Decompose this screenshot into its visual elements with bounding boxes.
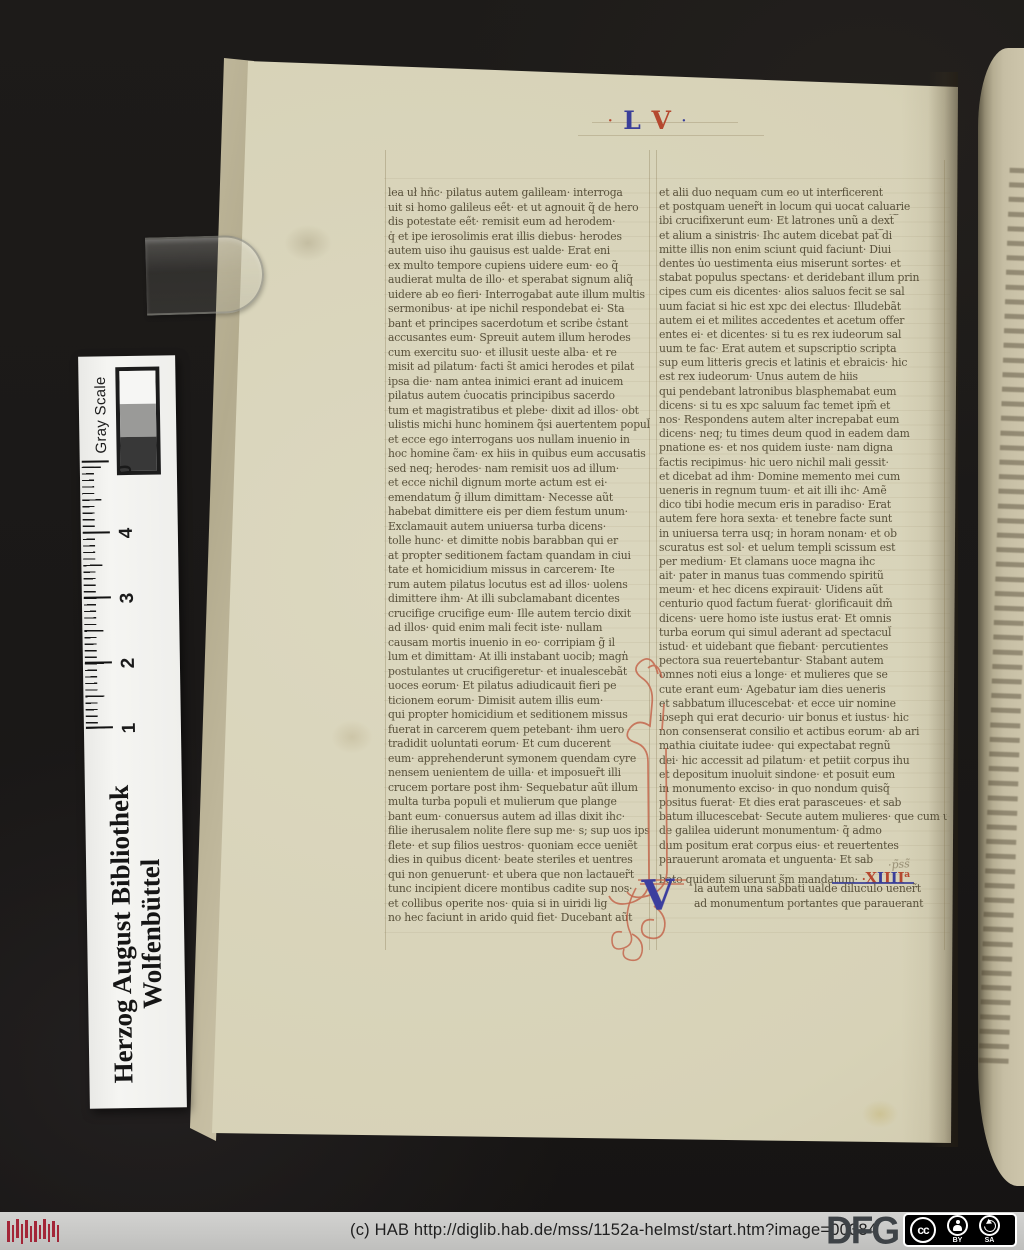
manuscript-text-line: rum autem pilatus locutus est ad illos· … <box>388 578 650 593</box>
manuscript-text-line: crucifige crucifige eum· Ille autem terc… <box>388 607 650 622</box>
manuscript-text-line: dico tibi hodie mecum eris in paradiso· … <box>659 498 947 512</box>
manuscript-text-line: dentes u̍o uestimenta eius miserunt sort… <box>659 257 947 271</box>
margin-note: ·p̃ss̃ <box>888 857 911 871</box>
manuscript-text-line: tum et magistratibus et plebe· dixit ad … <box>388 404 650 419</box>
manuscript-text-line: uum faciat si hic est xpc dei electus· I… <box>659 300 947 314</box>
manuscript-text-line: ueneris in regnum tuum· et ait illi ihc·… <box>659 484 947 498</box>
cc-sa-unit: SA <box>979 1215 1000 1245</box>
manuscript-text-line: per medium· Et clamans uoce magna ihc <box>659 555 947 569</box>
ruler-major-tick <box>85 661 112 663</box>
manuscript-text-line: centurio quod factum fuerat· glorificaui… <box>659 597 947 611</box>
manuscript-text-line: tolle hunc· et dimitte nobis barabban qu… <box>388 534 650 549</box>
manuscript-text-line: habebat dimittere eis per diem festum un… <box>388 505 650 520</box>
ruler-number: 4 <box>117 523 137 543</box>
manuscript-text-line: mitte illis non enim sciunt quid faciunt… <box>659 243 947 257</box>
manuscript-text-line: ait· pater in manus tuas commendo spirit… <box>659 569 947 583</box>
manuscript-text-line: autem uiso ihu gauisus est ualde· Erat e… <box>388 244 650 259</box>
library-name-line1: Herzog August Bibliothek <box>103 750 139 1118</box>
cc-by-person-icon <box>947 1215 968 1236</box>
section-superscript: a <box>904 870 910 880</box>
manuscript-text-line: bant et principes sacerdotum et scribe c… <box>388 317 650 332</box>
folio-letter-l: L <box>623 106 642 135</box>
manuscript-text-line: factis recipimus· hic uero nichil mali g… <box>659 456 947 470</box>
manuscript-text-line: et postquam uener̃t in locum qui uocat̃ … <box>659 200 947 214</box>
manuscript-text-line: ad illos· quid enim mali fecit iste· nul… <box>388 621 650 636</box>
ruler-major-tick <box>86 726 113 728</box>
grayscale-white <box>119 371 156 405</box>
manuscript-text-line: Exclamauit autem uniuersa turba dicens· <box>388 520 650 535</box>
manuscript-text-line: hoc homine c̃am· ex hiis in quibus eum a… <box>388 447 650 462</box>
folio-dot-left: · <box>608 114 614 129</box>
manuscript-text-line: stabat populus spectans· et deridebant i… <box>659 271 947 285</box>
plastic-page-clip <box>145 234 265 315</box>
manuscript-text-line: ex multo tempore cupiens uidere eum· eo … <box>388 259 650 274</box>
manuscript-text-line: et alium a sinistris· Ihc autem dicebat … <box>659 229 947 243</box>
creative-commons-license-box: cc BY SA <box>903 1213 1017 1247</box>
manuscript-text-line: misit ad pilatum· facti s̃t amici herode… <box>388 360 650 375</box>
manuscript-text-line: est rex iudeorum· Unus autem de hiis <box>659 370 947 384</box>
manuscript-text-line: entes ei· et dicentes· si tu es rex iude… <box>659 328 947 342</box>
manuscript-text-line: accusantes eum· Spreuit autem illum hero… <box>388 331 650 346</box>
manuscript-text-line: dis potestate ee̋t· remisit eum ad herod… <box>388 215 650 230</box>
ruler-major-tick <box>84 596 111 598</box>
manuscript-text-line: uidere ab eo fieri· Interrogabat aute il… <box>388 288 650 303</box>
manuscript-text-line: emendatum g̃ illum dimittam· Necesse aũt <box>388 491 650 506</box>
folio-letter-v: V <box>652 106 672 135</box>
manuscript-text-line: ipsa die· nam antea inimici erant ad inu… <box>388 375 650 390</box>
manuscript-text-line: dicens· si tu es xpc saluum fac temet ip… <box>659 399 947 413</box>
initial-text-lines: la autem una sabbati ualde diluculo uene… <box>694 882 950 911</box>
library-name-label: Herzog August Bibliothek Wolfenbüttel <box>103 750 169 1119</box>
ruling-line-left <box>385 150 386 950</box>
manuscript-text-line: pilatus autem c̍uocatis principibus sace… <box>388 389 650 404</box>
manuscript-text-line: q̇ et ipe ierosolimis erat illis diebus·… <box>388 230 650 245</box>
ruler-number: 1 <box>120 718 140 738</box>
manuscript-text-line: lea uł hñc· pilatus autem galileam· inte… <box>388 186 650 201</box>
manuscript-text-line: tate et homicidium missus in carcerem· I… <box>388 563 650 578</box>
manuscript-text-line: et alii duo nequam cum eo ut interficere… <box>659 186 947 200</box>
cc-sa-arrow-icon <box>979 1215 1000 1236</box>
manuscript-text-line: ulistis michi hunc hominem q̃si auertent… <box>388 418 650 433</box>
folio-dot-right: · <box>682 114 688 129</box>
manuscript-text-line: audierat multa de illo· et sperabat sign… <box>388 273 650 288</box>
manuscript-text-line: uit si homo galileus ee̋t· et ut agnouit… <box>388 201 650 216</box>
ruler-major-tick <box>83 531 110 533</box>
manuscript-text-line: dimittere ihm· At illi subclamabant dice… <box>388 592 650 607</box>
cc-by-unit: BY <box>947 1215 968 1245</box>
manuscript-text-line: dicens· uere homo iste iustus erat· Et o… <box>659 612 947 626</box>
manuscript-text-line: qui pendebant latronibus blasphemabat eu… <box>659 385 947 399</box>
manuscript-text-line: autem ei et milites accedentes et acetum… <box>659 314 947 328</box>
manuscript-text-line: nos· Respondens autem alter increpabat e… <box>659 413 947 427</box>
centimeter-ruler: 4 3 2 1 0 <box>82 460 147 755</box>
cc-by-label: BY <box>953 1237 963 1245</box>
dfg-logo: DFG <box>826 1209 898 1250</box>
ruler-card: Gray Scale 4 3 2 1 0 Herzog August Bibli… <box>78 355 187 1108</box>
manuscript-text-line: autem fere hora sexta· et tenebre facte … <box>659 512 947 526</box>
manuscript-text-line: cipes cum eis dicentes· alios saluos fec… <box>659 285 947 299</box>
manuscript-text-line: pnatione es· et nos quidem iuste· nam di… <box>659 441 947 455</box>
grayscale-label: Gray Scale <box>92 360 111 470</box>
manuscript-text-line: uum te fac· Erat autem et supscriptio sc… <box>659 342 947 356</box>
manuscript-text-line: cum exercitu suo· et illusit ueste alba·… <box>388 346 650 361</box>
manuscript-text-line: et dicebat ad ihm· Domine memento mei cu… <box>659 470 947 484</box>
ruler-number: 2 <box>119 653 139 673</box>
manuscript-text-line: sermonibus· at ipe nichil respondebat ei… <box>388 302 650 317</box>
initial-letter-v: V <box>641 875 675 916</box>
manuscript-text-line: scuratus est sol· et uelum templi scissu… <box>659 541 947 555</box>
ruler-number: 3 <box>118 588 138 608</box>
manuscript-text-line: et ecce nichil dignum morte actum est ei… <box>388 476 650 491</box>
manuscript-text-line: sed neq; herodes· nam remisit uos ad ill… <box>388 462 650 477</box>
manuscript-text-line: ibi crucifixerunt eum· Et latrones unũ a… <box>659 214 947 228</box>
copyright-url-text: (c) HAB http://diglib.hab.de/mss/1152a-h… <box>350 1221 877 1240</box>
ruler-number: 0 <box>116 460 136 480</box>
cc-icon: cc <box>910 1217 936 1243</box>
footer-bar: (c) HAB http://diglib.hab.de/mss/1152a-h… <box>0 1212 1024 1250</box>
hab-barcode-logo <box>6 1216 68 1246</box>
digitized-manuscript-photo: · L V · lea uł hñc· pilatus autem galile… <box>0 0 1024 1250</box>
manuscript-text-line: meum· et hec dicens expirauit· Uidens aũ… <box>659 583 947 597</box>
grayscale-mid <box>120 404 157 438</box>
header-ruling-b <box>578 135 764 136</box>
manuscript-text-line: ad monumentum portantes que parauerant <box>694 897 950 912</box>
folio-number: · L V · <box>608 106 687 135</box>
manuscript-text-line: et ecce ego interrogans uos nullam inuen… <box>388 433 650 448</box>
manuscript-text-line: la autem una sabbati ualde diluculo uene… <box>694 882 950 897</box>
manuscript-text-line: at propter seditionem factam quandam in … <box>388 549 650 564</box>
ruler-major-tick <box>82 460 109 462</box>
manuscript-text-line: in uniuersa terra usq; in horam nonam· e… <box>659 527 947 541</box>
manuscript-text-line: dicens· neq; tu times deum quod in eadem… <box>659 427 947 441</box>
manuscript-text-line: sup eum litteris grecis et latinis et eb… <box>659 356 947 370</box>
cc-sa-label: SA <box>985 1237 995 1245</box>
